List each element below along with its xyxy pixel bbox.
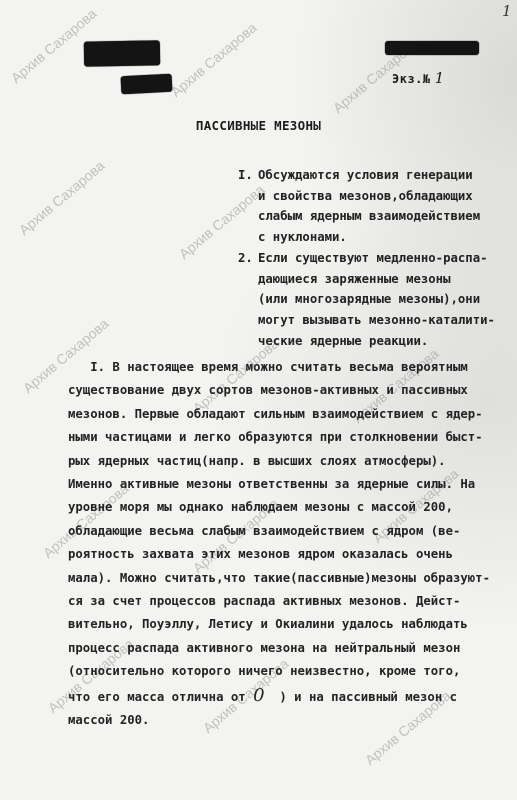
abstract-item: I. Обсуждаются условия генерации и свойс… (238, 165, 513, 248)
abstract-item-number: I. (238, 165, 258, 248)
redaction-block (121, 74, 173, 95)
abstract-item: 2. Если существуют медленно-распа- дающи… (238, 248, 513, 352)
abstract-line: с нуклонами. (258, 227, 480, 248)
abstract-line: Обсуждаются условия генерации (258, 165, 480, 186)
body-line: уровне моря мы однако наблюдаем мезоны с… (68, 496, 513, 519)
body-line: ными частицами и легко образуются при ст… (68, 426, 513, 449)
document-page: Архив Сахарова Архив Сахарова Архив Саха… (0, 0, 517, 800)
body-paragraph: I. В настоящее время можно считать весьм… (68, 356, 513, 733)
body-line: мала). Можно считать,что такие(пассивные… (68, 567, 513, 590)
body-line: массой 200. (68, 709, 513, 732)
body-line: вительно, Поуэллу, Летису и Окиалини уда… (68, 613, 513, 636)
watermark: Архив Сахарова (168, 19, 260, 100)
abstract-line: Если существуют медленно-распа- (258, 248, 495, 269)
body-line-text: ) и на пассивный мезон с (265, 690, 458, 704)
abstract-line: и свойства мезонов,обладающих (258, 186, 480, 207)
body-line: ся за счет процессов распада активных ме… (68, 590, 513, 613)
body-line: обладающие весьма слабым взаимодействием… (68, 520, 513, 543)
abstract-line: дающиеся заряженные мезоны (258, 269, 495, 290)
body-line: роятность захвата этих мезонов ядром ока… (68, 543, 513, 566)
abstract-item-number: 2. (238, 248, 258, 352)
watermark: Архив Сахарова (16, 157, 108, 238)
abstract-line: слабым ядерным взаимодействием (258, 206, 480, 227)
body-line-text: что его масса отлична от (68, 690, 253, 704)
abstract-line: (или многозарядные мезоны),они (258, 289, 495, 310)
page-number-mark: 1 (502, 2, 512, 20)
abstract-line: могут вызывать мезонно-каталити- (258, 310, 495, 331)
copy-number: Экз.№1 (392, 69, 445, 87)
redaction-block (84, 40, 160, 66)
body-line: (относительно которого ничего неизвестно… (68, 660, 513, 683)
abstract-line: ческие ядерные реакции. (258, 331, 495, 352)
body-line: процесс распада активного мезона на нейт… (68, 637, 513, 660)
copy-number-label: Экз.№ (392, 72, 431, 86)
body-line: рых ядерных частиц(напр. в высших слоях … (68, 450, 513, 473)
handwritten-symbol: 0 (253, 685, 264, 706)
body-line: что его масса отлична от 0 ) и на пассив… (68, 684, 513, 709)
copy-number-value: 1 (435, 69, 445, 87)
redaction-block (385, 41, 479, 55)
document-title: ПАССИВНЫЕ МЕЗОНЫ (0, 118, 517, 133)
body-line: существование двух сортов мезонов-активн… (68, 379, 513, 402)
body-line: I. В настоящее время можно считать весьм… (68, 356, 513, 379)
abstract: I. Обсуждаются условия генерации и свойс… (238, 165, 513, 351)
body-line: мезонов. Первые обладают сильным взаимод… (68, 403, 513, 426)
body-line: Именно активные мезоны ответственны за я… (68, 473, 513, 496)
